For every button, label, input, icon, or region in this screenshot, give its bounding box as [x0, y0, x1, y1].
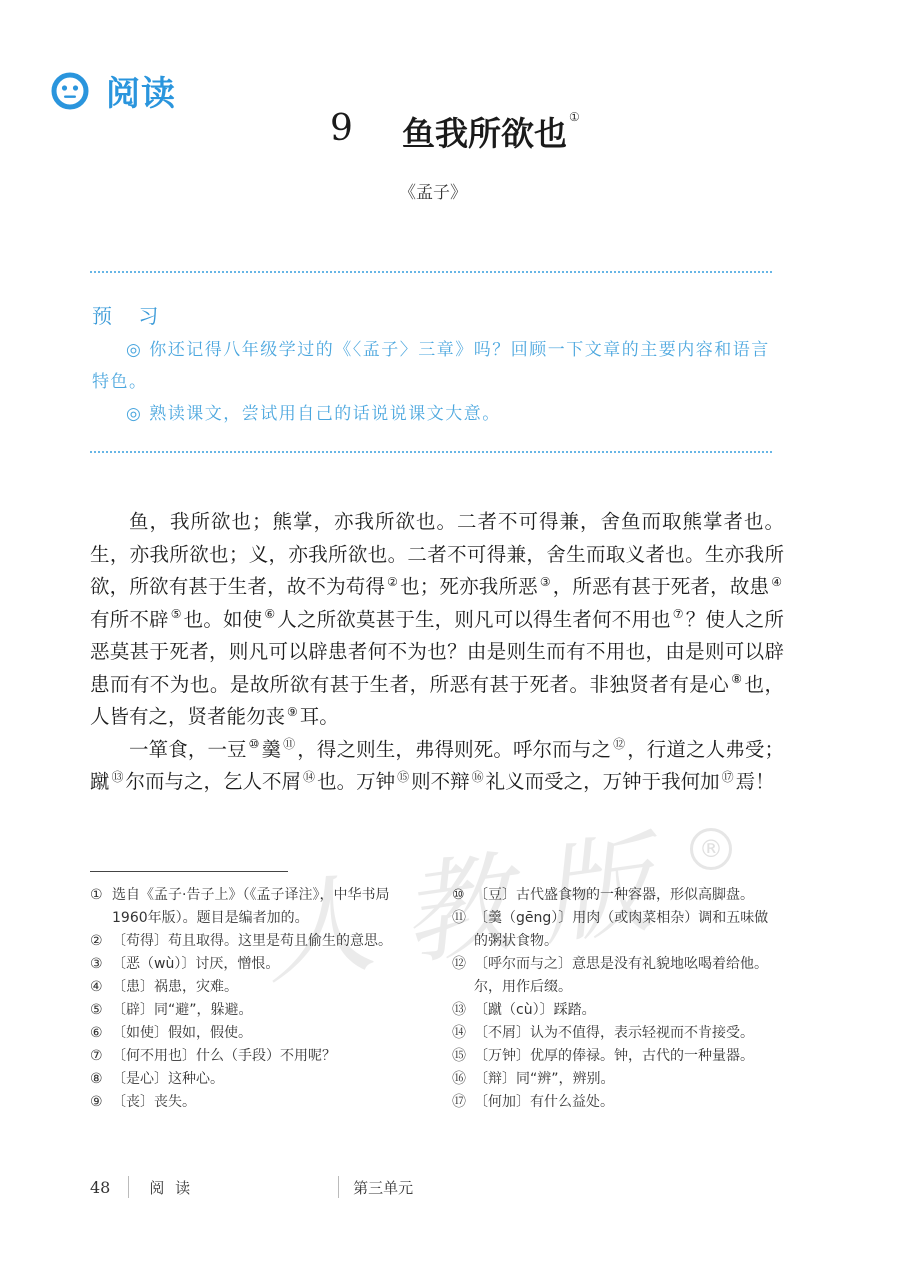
body-text-run: 尔而与之，乞人不屑	[126, 770, 302, 793]
footnote-item: ⑮〔万钟〕优厚的俸禄。钟，古代的一种量器。	[452, 1045, 782, 1068]
body-paragraph: 一箪食，一豆⑩羹⑪，得之则生，弗得则死。呼尔而与之⑫，行道之人弗受；蹴⑬尔而与之…	[90, 734, 784, 799]
footnote-number: ⑭	[452, 1022, 474, 1045]
body-text-run: 也；死亦我所恶	[400, 575, 538, 598]
footnote-text: 〔辩〕同“辨”，辨别。	[474, 1068, 782, 1091]
body-text-run: 焉！	[736, 770, 775, 793]
footnote-item: ⑦〔何不用也〕什么（手段）不用呢？	[90, 1045, 420, 1068]
page-footer: 48 阅 读 第三单元	[90, 1176, 413, 1198]
footnote-text: 〔羹（gēng）〕用肉（或肉菜相杂）调和五味做的粥状食物。	[474, 907, 782, 953]
title-footnote-marker[interactable]: ①	[569, 110, 580, 124]
footnote-marker[interactable]: ⑪	[283, 737, 295, 751]
footnote-number: ③	[90, 953, 112, 976]
footnote-marker[interactable]: ②	[387, 575, 398, 589]
footnote-text: 〔万钟〕优厚的俸禄。钟，古代的一种量器。	[474, 1045, 782, 1068]
preview-section: ◎ 你还记得八年级学过的《〈孟子〉三章》吗？回顾一下文章的主要内容和语言特色。 …	[92, 334, 776, 430]
footnote-text: 〔如使〕假如，假使。	[112, 1022, 420, 1045]
lesson-name: 鱼我所欲也	[402, 108, 567, 155]
footnote-item: ⑫〔呼尔而与之〕意思是没有礼貌地吆喝着给他。尔，用作后缀。	[452, 953, 782, 999]
footnote-divider	[90, 871, 288, 872]
section-header: 阅读	[50, 66, 176, 115]
footnote-marker[interactable]: ⑬	[112, 770, 124, 784]
footnote-number: ⑥	[90, 1022, 112, 1045]
footnote-item: ②〔苟得〕苟且取得。这里是苟且偷生的意思。	[90, 930, 420, 953]
footnote-marker[interactable]: ⑫	[613, 737, 625, 751]
body-text-run: 则不辩	[411, 770, 470, 793]
footnote-item: ⑰〔何加〕有什么益处。	[452, 1091, 782, 1114]
footnotes-left-column: ①选自《孟子·告子上》（《孟子译注》，中华书局1960年版）。题目是编者加的。②…	[90, 884, 420, 1114]
footnote-item: ⑬〔蹴（cù）〕踩踏。	[452, 999, 782, 1022]
footnote-item: ⑧〔是心〕这种心。	[90, 1068, 420, 1091]
footnote-text: 〔辟〕同“避”，躲避。	[112, 999, 420, 1022]
body-paragraph: 鱼，我所欲也；熊掌，亦我所欲也。二者不可得兼，舍鱼而取熊掌者也。生，亦我所欲也；…	[90, 506, 784, 734]
body-text-run: ，得之则生，弗得则死。呼尔而与之	[297, 738, 611, 761]
footnote-text: 〔恶（wù）〕讨厌，憎恨。	[112, 953, 420, 976]
page-number: 48	[90, 1178, 110, 1197]
footnote-text: 〔苟得〕苟且取得。这里是苟且偷生的意思。	[112, 930, 420, 953]
smiley-face-icon	[50, 71, 90, 111]
footnote-item: ①选自《孟子·告子上》（《孟子译注》，中华书局1960年版）。题目是编者加的。	[90, 884, 420, 930]
footnote-item: ⑭〔不屑〕认为不值得，表示轻视而不肯接受。	[452, 1022, 782, 1045]
footnote-number: ⑩	[452, 884, 474, 907]
footnote-text: 〔患〕祸患，灾难。	[112, 976, 420, 999]
footnote-marker[interactable]: ④	[771, 575, 782, 589]
body-text-run: 耳。	[300, 705, 339, 728]
footnote-text: 〔蹴（cù）〕踩踏。	[474, 999, 782, 1022]
footnote-marker[interactable]: ⑭	[303, 770, 315, 784]
lesson-author: 《孟子》	[399, 178, 467, 203]
body-text-run: 一箪食，一豆	[129, 738, 247, 761]
footnote-number: ⑤	[90, 999, 112, 1022]
dotted-divider-bottom	[90, 451, 772, 453]
body-text-run: 也。如使	[184, 608, 263, 631]
preview-item: ◎ 熟读课文，尝试用自己的话说说课文大意。	[92, 398, 776, 430]
footnote-number: ⑰	[452, 1091, 474, 1114]
footnote-number: ⑮	[452, 1045, 474, 1068]
footnote-marker[interactable]: ⑥	[264, 607, 275, 621]
footnotes-right-column: ⑩〔豆〕古代盛食物的一种容器，形似高脚盘。⑪〔羹（gēng）〕用肉（或肉菜相杂）…	[452, 884, 782, 1114]
footnote-marker[interactable]: ⑦	[673, 607, 684, 621]
footnote-number: ④	[90, 976, 112, 999]
body-text-run: 人之所欲莫甚于生，则凡可以得生者何不用也	[277, 608, 671, 631]
footnote-number: ②	[90, 930, 112, 953]
footnote-number: ⑬	[452, 999, 474, 1022]
footnote-marker[interactable]: ⑤	[171, 607, 182, 621]
footnote-marker[interactable]: ⑮	[397, 770, 409, 784]
section-label: 阅读	[106, 66, 176, 115]
footnote-marker[interactable]: ⑯	[472, 770, 484, 784]
body-text-run: 有所不辟	[90, 608, 169, 631]
footnote-number: ⑧	[90, 1068, 112, 1091]
footnote-number: ①	[90, 884, 112, 930]
lesson-number: 9	[330, 108, 402, 149]
footer-unit-label: 第三单元	[353, 1177, 413, 1198]
body-text-run: 礼义而受之，万钟于我何加	[486, 770, 720, 793]
body-text-run: ，所恶有甚于死者，故患	[553, 575, 769, 598]
footnote-text: 〔呼尔而与之〕意思是没有礼貌地吆喝着给他。尔，用作后缀。	[474, 953, 782, 999]
footnote-item: ⑯〔辩〕同“辨”，辨别。	[452, 1068, 782, 1091]
footnote-text: 〔是心〕这种心。	[112, 1068, 420, 1091]
lesson-body-text: 鱼，我所欲也；熊掌，亦我所欲也。二者不可得兼，舍鱼而取熊掌者也。生，亦我所欲也；…	[90, 506, 784, 799]
footnote-number: ⑫	[452, 953, 474, 999]
footnote-marker[interactable]: ⑨	[287, 705, 298, 719]
footnote-item: ⑪〔羹（gēng）〕用肉（或肉菜相杂）调和五味做的粥状食物。	[452, 907, 782, 953]
dotted-divider-top	[90, 271, 772, 273]
footnote-marker[interactable]: ⑧	[731, 672, 742, 686]
footnote-text: 〔何不用也〕什么（手段）不用呢？	[112, 1045, 420, 1068]
footnote-text: 〔豆〕古代盛食物的一种容器，形似高脚盘。	[474, 884, 782, 907]
footnote-item: ③〔恶（wù）〕讨厌，憎恨。	[90, 953, 420, 976]
body-text-run: 羹	[262, 738, 282, 761]
registered-mark-icon: ®	[690, 828, 732, 870]
footnote-text: 〔不屑〕认为不值得，表示轻视而不肯接受。	[474, 1022, 782, 1045]
footnote-number: ⑦	[90, 1045, 112, 1068]
footnote-item: ⑤〔辟〕同“避”，躲避。	[90, 999, 420, 1022]
preview-heading: 预 习	[92, 300, 168, 329]
footer-section-label: 阅 读	[149, 1177, 193, 1198]
footnote-number: ⑨	[90, 1091, 112, 1114]
lesson-title: 9 鱼我所欲也 ①	[330, 108, 580, 155]
footnote-text: 选自《孟子·告子上》（《孟子译注》，中华书局1960年版）。题目是编者加的。	[112, 884, 420, 930]
footnote-item: ⑥〔如使〕假如，假使。	[90, 1022, 420, 1045]
footnote-marker[interactable]: ⑰	[722, 770, 734, 784]
footer-separator	[338, 1176, 339, 1198]
footnote-number: ⑪	[452, 907, 474, 953]
footnote-number: ⑯	[452, 1068, 474, 1091]
footnote-item: ④〔患〕祸患，灾难。	[90, 976, 420, 999]
footnote-item: ⑨〔丧〕丧失。	[90, 1091, 420, 1114]
footnote-text: 〔丧〕丧失。	[112, 1091, 420, 1114]
body-text-run: 也。万钟	[317, 770, 395, 793]
footnote-marker[interactable]: ⑩	[249, 737, 260, 751]
footer-separator	[128, 1176, 129, 1198]
footnote-item: ⑩〔豆〕古代盛食物的一种容器，形似高脚盘。	[452, 884, 782, 907]
preview-item: ◎ 你还记得八年级学过的《〈孟子〉三章》吗？回顾一下文章的主要内容和语言特色。	[92, 334, 776, 398]
footnote-marker[interactable]: ③	[540, 575, 551, 589]
footnote-text: 〔何加〕有什么益处。	[474, 1091, 782, 1114]
